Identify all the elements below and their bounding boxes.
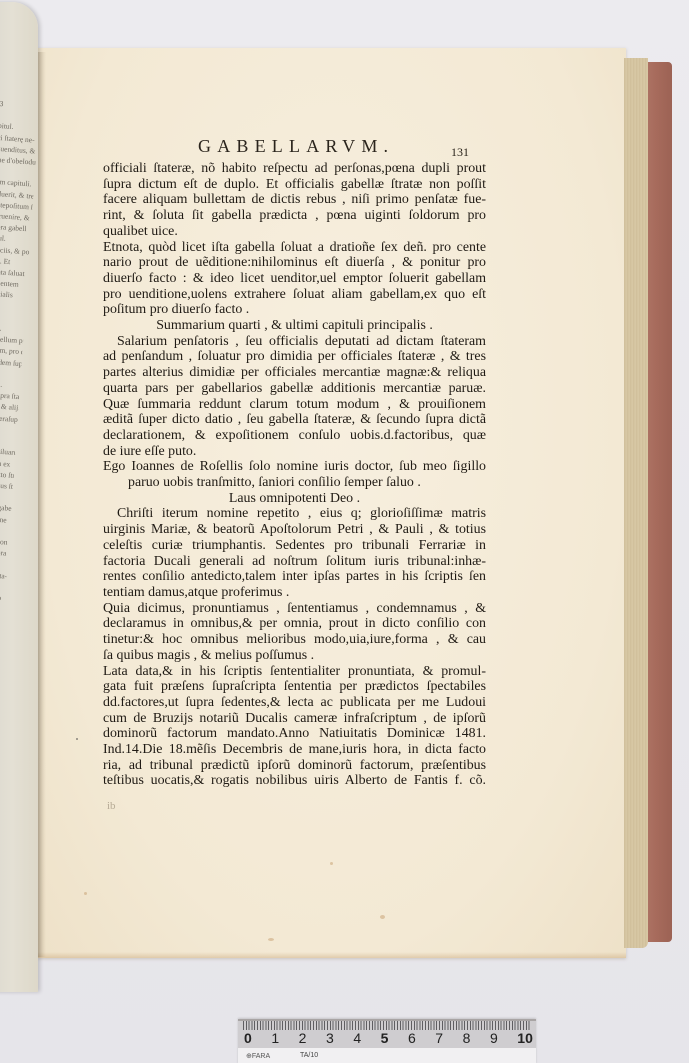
- ruler-brand: ⊕FARA: [246, 1052, 270, 1060]
- ruler-number: 3: [326, 1030, 334, 1048]
- ruler-number: 7: [435, 1030, 443, 1048]
- verso-margin-text: 3 pitul.ci ſtaterę ne-t uenditus, & term…: [0, 98, 38, 615]
- text-line: declarationem, & expoſitionem conſulo uo…: [103, 428, 486, 444]
- ruler-scale: 012345678910: [238, 1021, 536, 1048]
- text-line: cum de Bruzijs notariũ Ducalis cameræ in…: [103, 711, 486, 727]
- text-line: ad penſandum , ſoluatur pro dimidia per …: [103, 349, 486, 365]
- verso-text-fragment: uas ſtateraſuperi: [0, 411, 18, 425]
- text-line: æditã ſuper dicto datio , ſeu gabella ſt…: [103, 412, 486, 428]
- text-line: rentes conſilio antedicto,talem inter ip…: [103, 569, 486, 585]
- foxing-spot: [380, 915, 385, 919]
- text-line: ria, ad tribunal prædictũ ipſorũ dominor…: [103, 758, 486, 774]
- text-line: dd.factores,ut ſupra ſedentes,& lecta ac…: [103, 695, 486, 711]
- text-line: qualibet uice.: [103, 224, 486, 240]
- ruler-code: TA/10: [300, 1052, 318, 1059]
- ruler-ticks: [243, 1021, 530, 1030]
- signature-mark: ib: [107, 800, 116, 812]
- text-line: pro uenditione,uolens extrahere ſoluat a…: [103, 287, 486, 303]
- running-head: GABELLARVM.: [198, 136, 394, 157]
- text-line: celeſtis curiæ triumphantis. Sedentes pr…: [103, 538, 486, 554]
- text-line: officiali ſtateræ, nõ habito reſpectu ad…: [103, 161, 486, 177]
- verso-text-fragment: c, unſdem ſup dil: [0, 355, 22, 369]
- verso-text-fragment: officialibus ſtate: [0, 478, 13, 492]
- verso-text-fragment: eorum dicto: [0, 590, 6, 604]
- ruler-number: 1: [271, 1030, 279, 1048]
- text-line: diuerſo facto : & ideo licet uenditor,ue…: [103, 271, 486, 287]
- text-line: Laus omnipotenti Deo .: [103, 491, 486, 507]
- foxing-spot: [268, 938, 274, 941]
- page-block-edges: [624, 58, 648, 948]
- ruler-number: 10: [517, 1030, 533, 1048]
- ruler-numbers: 012345678910: [238, 1030, 536, 1048]
- text-line: tinetur:& hoc omnibus melioribus modo,ui…: [103, 632, 486, 648]
- verso-text-fragment: uo, & ditto ſtra: [0, 467, 14, 481]
- text-line: Quæ ſummaria reddunt clarum totum modum …: [103, 397, 486, 413]
- text-line: facere aliquam bullettam de dictis rebus…: [103, 192, 486, 208]
- verso-text-fragment: influmer con: [0, 534, 9, 548]
- body-text: officiali ſtateræ, nõ habito reſpectu ad…: [103, 161, 486, 789]
- text-line: de iure eſſe puto.: [103, 444, 486, 460]
- text-line: paruo uobis tranſmitto, ſaniori conſilio…: [103, 475, 486, 491]
- verso-page-edge: 3 pitul.ci ſtaterę ne-t uenditus, & term…: [0, 2, 38, 992]
- text-line: Summarium quarti , & ultimi capituli pri…: [103, 318, 486, 334]
- text-line: dominorũ factorum mandato.Anno Natiuitat…: [103, 726, 486, 742]
- text-line: Ind.14.Die 18.mẽſis Decembris de mane,iu…: [103, 742, 486, 758]
- text-line: ſa quibus magis , & melius poſſumus .: [103, 648, 486, 664]
- text-line: Quia dicimus, pronuntiamus , ſententiamu…: [103, 601, 486, 617]
- verso-text-fragment: nendor ſupra: [0, 545, 9, 559]
- text-line: gata fuit præſens ſupraſcripta ſententia…: [103, 679, 486, 695]
- text-line: tentiam damus,atque proferimus .: [103, 585, 486, 601]
- ruler-number: 2: [299, 1030, 307, 1048]
- foxing-spot: [76, 738, 78, 740]
- scale-ruler: 012345678910 ⊕FARA TA/10: [238, 1019, 536, 1063]
- text-line: poſitum pro diuerſo facto .: [103, 302, 486, 318]
- text-line: quarta pars per gabellarios gabellæ addi…: [103, 381, 486, 397]
- ruler-number: 8: [463, 1030, 471, 1048]
- ruler-number: 9: [490, 1030, 498, 1048]
- ruler-number: 0: [244, 1030, 252, 1048]
- ruler-number: 4: [353, 1030, 361, 1048]
- text-line: Etnota, quòd licet iſta gabella ſoluat a…: [103, 240, 486, 256]
- foxing-spot: [330, 862, 333, 865]
- text-line: Salarium penſatoris , ſeu officialis dep…: [103, 334, 486, 350]
- ruler-number: 5: [381, 1030, 389, 1048]
- verso-text-fragment: officialis: [0, 288, 27, 302]
- text-line: Ego Ioannes de Roſellis ſolo nomine iuri…: [103, 459, 486, 475]
- verso-text-fragment: pitul.: [0, 433, 16, 447]
- text-line: partes alterius dimidiæ per officiales m…: [103, 365, 486, 381]
- text-line: ſupra dictum eſt de duplo. Et officialis…: [103, 177, 486, 193]
- text-line: Chriſti iterum nomine repetito , eius q;…: [103, 506, 486, 522]
- verso-text-fragment: nuerum, pro de: [0, 344, 23, 358]
- text-line: rint, & ſoluta ſit gabella prædicta , pœ…: [103, 208, 486, 224]
- verso-text-fragment: ura ptaſtiluaru: [0, 444, 16, 458]
- text-line: nario prout de uẽditione:nihilominus eſt…: [103, 255, 486, 271]
- verso-text-fragment: derem, & alijs,: [0, 400, 19, 414]
- ruler-number: 6: [408, 1030, 416, 1048]
- text-line: uirginis Mariæ, & beatorũ Apoſtolorum Pe…: [103, 522, 486, 538]
- text-line: teſtibus uocatis,& rogatis nobilibus uir…: [103, 773, 486, 789]
- verso-text-fragment: led res ad ſta-: [0, 567, 7, 581]
- text-line: Lata data,& in his ſcriptis ſententialit…: [103, 664, 486, 680]
- page-number: 131: [451, 145, 469, 160]
- text-line: declaramus in omnibus,& per omnia, prout…: [103, 616, 486, 632]
- text-line: factoria Ducali generali ad noſtrum ſoli…: [103, 554, 486, 570]
- foxing-spot: [84, 892, 87, 895]
- verso-text-fragment: Reberur gabella: [0, 500, 12, 514]
